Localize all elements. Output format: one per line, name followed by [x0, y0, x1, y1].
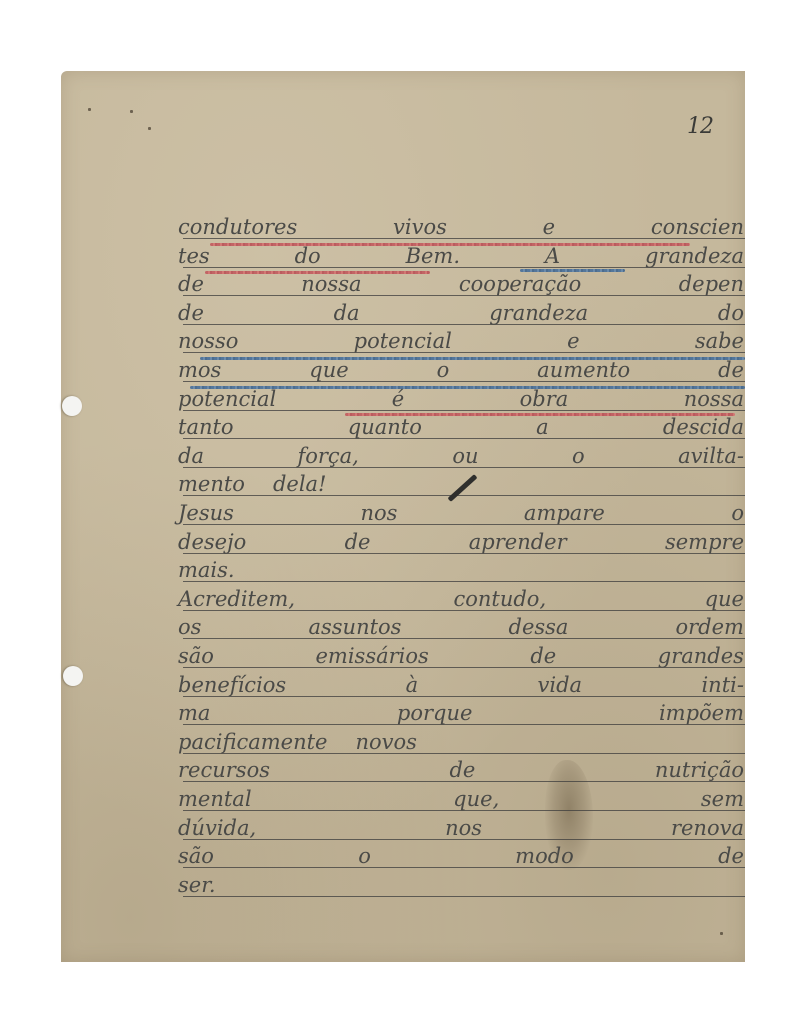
- handwritten-line: tantoquantoadescida: [178, 414, 744, 440]
- handwritten-word: nossa: [301, 271, 361, 297]
- handwritten-line: osassuntosdessaordem: [178, 614, 744, 640]
- handwritten-word: ou: [452, 443, 478, 469]
- handwritten-word: da: [334, 300, 360, 326]
- handwritten-word: desejo: [178, 529, 246, 555]
- handwritten-word: pacificamente: [178, 729, 327, 755]
- handwritten-word: nos: [360, 500, 397, 526]
- handwritten-word: inti-: [701, 672, 744, 698]
- handwritten-line: sãoomodode: [178, 843, 744, 869]
- handwritten-word: que,: [453, 786, 499, 812]
- handwritten-line: maporqueimpõem: [178, 700, 744, 726]
- handwritten-word: de: [449, 757, 475, 783]
- handwritten-word: potencial: [178, 386, 276, 412]
- paper-speck: [720, 932, 723, 935]
- handwritten-word: modo: [515, 843, 574, 869]
- handwritten-word: são: [178, 643, 214, 669]
- punch-hole-top: [62, 396, 82, 416]
- handwritten-line: dúvida,nosrenova: [178, 815, 744, 841]
- handwritten-line: Acreditem,contudo,que: [178, 586, 744, 612]
- handwritten-word: que: [309, 357, 348, 383]
- handwritten-word: cooperação: [459, 271, 581, 297]
- handwritten-line: recursosdenutrição: [178, 757, 744, 783]
- handwritten-word: nutrição: [655, 757, 744, 783]
- handwritten-word: A: [545, 243, 560, 269]
- handwritten-word: vida: [538, 672, 583, 698]
- handwritten-word: vivos: [393, 214, 447, 240]
- handwritten-line: condutoresvivoseconscien: [178, 214, 744, 240]
- handwritten-line: desejodeaprendersempre: [178, 529, 744, 555]
- handwritten-word: contudo,: [453, 586, 546, 612]
- handwritten-word: assuntos: [308, 614, 401, 640]
- handwritten-line: benefíciosàvidainti-: [178, 672, 744, 698]
- punch-hole-bottom: [63, 666, 83, 686]
- handwritten-line: denossacooperaçãodepen: [178, 271, 744, 297]
- handwritten-word: aprender: [469, 529, 567, 555]
- handwritten-line: mentodela!: [178, 471, 744, 497]
- handwritten-word: de: [178, 300, 204, 326]
- handwritten-line: Jesusnosampareo: [178, 500, 744, 526]
- handwritten-word: sem: [701, 786, 744, 812]
- handwritten-line: sãoemissáriosdegrandes: [178, 643, 744, 669]
- handwritten-word: grandeza: [645, 243, 744, 269]
- handwritten-word: benefícios: [178, 672, 286, 698]
- paper-speck: [148, 127, 151, 130]
- handwritten-word: força,: [297, 443, 358, 469]
- handwritten-word: nosso: [178, 328, 238, 354]
- handwritten-word: emissários: [316, 643, 429, 669]
- handwritten-line: daforça,ouoavilta-: [178, 443, 744, 469]
- handwritten-line: mosqueoaumentode: [178, 357, 744, 383]
- handwritten-word: condutores: [178, 214, 297, 240]
- handwritten-word: dela!: [273, 471, 327, 497]
- handwritten-word: mais.: [178, 557, 235, 583]
- handwritten-word: tes: [178, 243, 210, 269]
- handwritten-word: depen: [679, 271, 744, 297]
- handwritten-word: avilta-: [678, 443, 744, 469]
- handwritten-word: a: [536, 414, 549, 440]
- handwritten-word: sabe: [695, 328, 744, 354]
- handwritten-word: grandeza: [489, 300, 588, 326]
- handwritten-word: o: [731, 500, 744, 526]
- paper-speck: [130, 110, 133, 113]
- handwritten-word: é: [392, 386, 404, 412]
- handwritten-line: dedagrandezado: [178, 300, 744, 326]
- handwritten-word: porque: [397, 700, 473, 726]
- handwritten-line: pacificamentenovos: [178, 729, 744, 755]
- handwritten-word: ma: [178, 700, 210, 726]
- handwritten-line: mentalque,sem: [178, 786, 744, 812]
- page-number: 12: [687, 114, 713, 139]
- handwritten-word: mental: [178, 786, 252, 812]
- paper-speck: [88, 108, 91, 111]
- handwritten-word: que: [705, 586, 744, 612]
- handwritten-word: e: [567, 328, 579, 354]
- handwritten-word: nos: [445, 815, 482, 841]
- handwritten-word: descida: [663, 414, 744, 440]
- handwritten-word: do: [718, 300, 744, 326]
- handwritten-word: potencial: [354, 328, 452, 354]
- handwritten-word: os: [178, 614, 201, 640]
- handwritten-word: renova: [671, 815, 744, 841]
- handwritten-word: mento: [178, 471, 245, 497]
- handwritten-word: e: [543, 214, 555, 240]
- handwritten-word: do: [295, 243, 321, 269]
- handwritten-word: novos: [355, 729, 416, 755]
- handwritten-word: Acreditem,: [178, 586, 295, 612]
- handwritten-word: dessa: [509, 614, 569, 640]
- handwritten-word: da: [178, 443, 204, 469]
- handwritten-word: de: [718, 357, 744, 383]
- handwritten-word: grandes: [658, 643, 744, 669]
- handwritten-line: potencialéobranossa: [178, 386, 744, 412]
- handwritten-line: tesdoBem.Agrandeza: [178, 243, 744, 269]
- handwritten-word: sempre: [665, 529, 744, 555]
- handwritten-word: de: [345, 529, 371, 555]
- handwritten-word: recursos: [178, 757, 270, 783]
- handwritten-word: ser.: [178, 872, 216, 898]
- handwritten-word: aumento: [537, 357, 630, 383]
- handwritten-word: tanto: [178, 414, 234, 440]
- handwritten-word: quanto: [348, 414, 422, 440]
- handwritten-line: mais.: [178, 557, 744, 583]
- scanned-page-stage: 12 condutoresvivoseconscientesdoBem.Agra…: [0, 0, 807, 1024]
- handwritten-word: dúvida,: [178, 815, 256, 841]
- handwritten-word: mos: [178, 357, 221, 383]
- handwritten-word: o: [358, 843, 371, 869]
- handwritten-word: de: [718, 843, 744, 869]
- handwritten-word: Bem.: [406, 243, 460, 269]
- handwritten-word: obra: [520, 386, 569, 412]
- handwritten-word: nossa: [684, 386, 744, 412]
- handwritten-word: conscien: [651, 214, 744, 240]
- handwritten-word: são: [178, 843, 214, 869]
- handwritten-word: o: [572, 443, 585, 469]
- handwritten-word: Jesus: [178, 500, 234, 526]
- handwritten-word: ordem: [676, 614, 744, 640]
- handwritten-word: impõem: [659, 700, 744, 726]
- handwritten-word: ampare: [524, 500, 605, 526]
- handwritten-line: nossopotencialesabe: [178, 328, 744, 354]
- handwritten-word: de: [530, 643, 556, 669]
- handwritten-word: de: [178, 271, 204, 297]
- handwritten-word: à: [406, 672, 419, 698]
- handwritten-line: ser.: [178, 872, 744, 898]
- handwritten-word: o: [437, 357, 450, 383]
